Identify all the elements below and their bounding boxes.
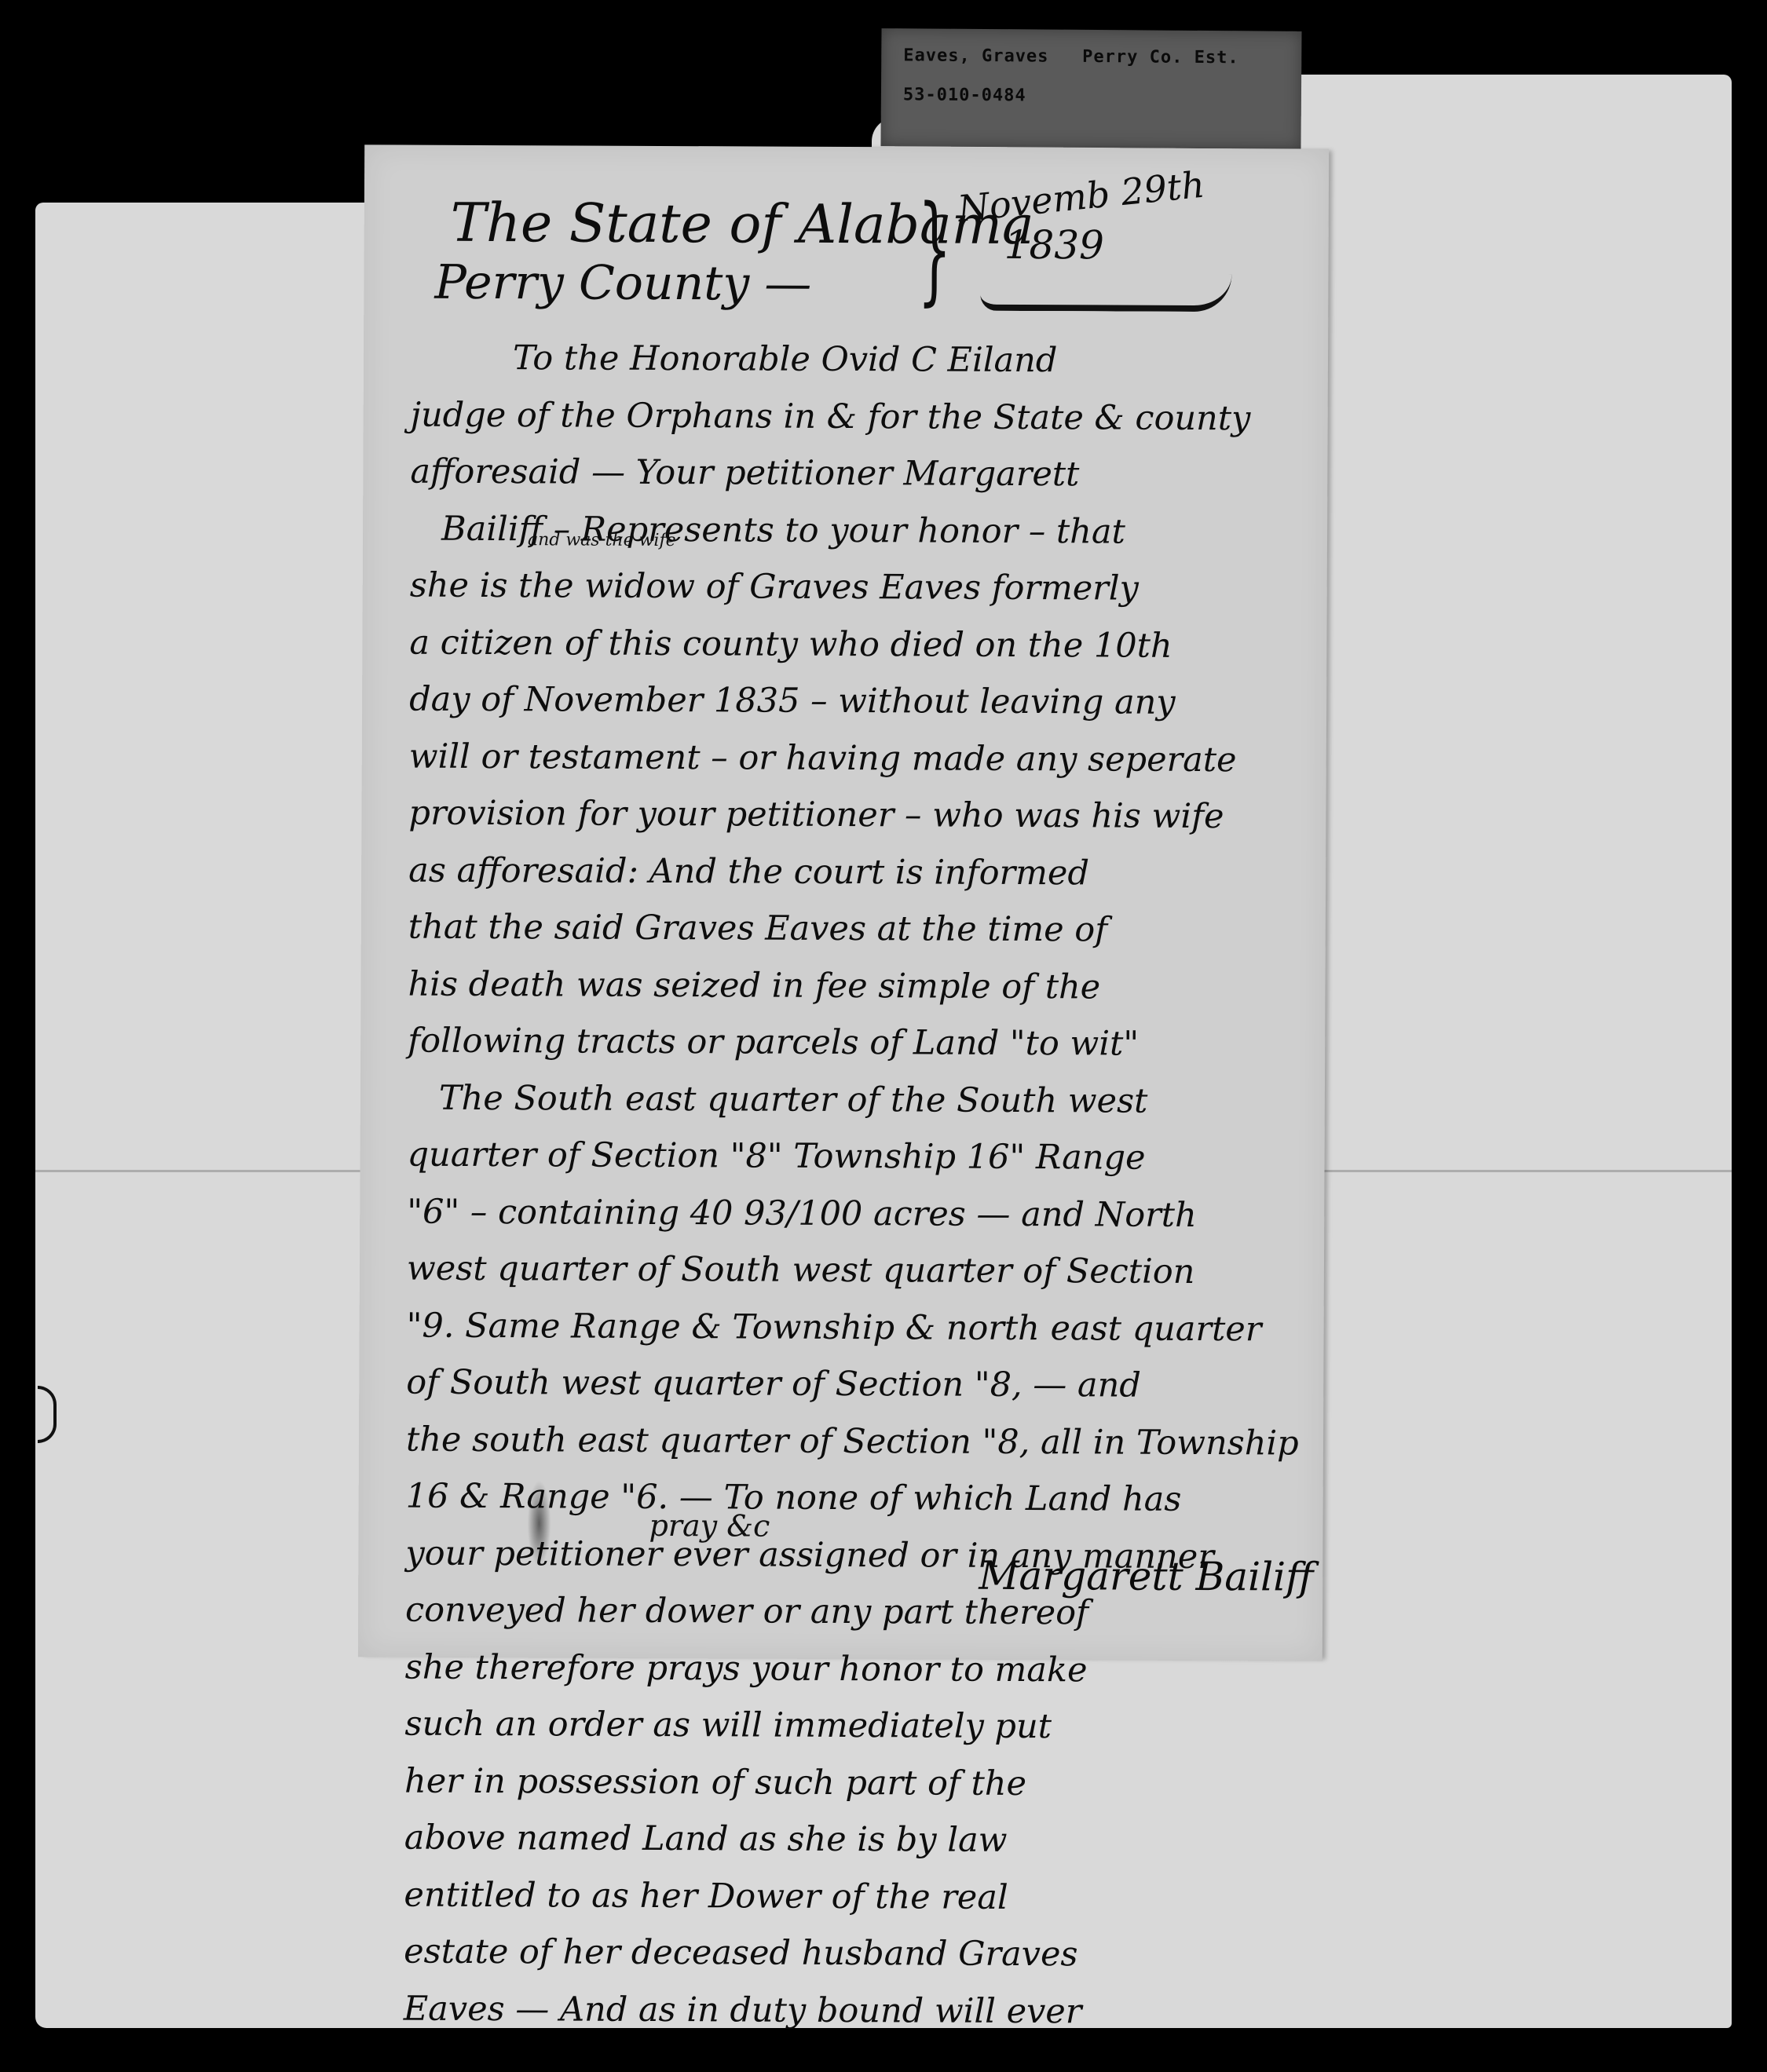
text-line: afforesaid — Your petitioner Margarett [410, 444, 1282, 504]
petition-body: To the Honorable Ovid C Eiland judge of … [404, 330, 1282, 2041]
text-line: will or testament – or having made any s… [409, 728, 1281, 788]
text-line: following tracts or parcels of Land "to … [408, 1013, 1279, 1073]
date-year: 1839 [1004, 222, 1105, 269]
text-line: of South west quarter of Section "8, — a… [406, 1354, 1278, 1415]
text-line: as afforesaid: And the court is informed [408, 842, 1280, 902]
text-line: west quarter of South west quarter of Se… [407, 1241, 1279, 1301]
text-line: she therefore prays your honor to make [405, 1639, 1277, 1699]
heading-brace: } [917, 190, 952, 308]
text-line: the south east quarter of Section "8, al… [406, 1411, 1278, 1471]
text-line: day of November 1835 – without leaving a… [409, 671, 1281, 732]
text-line: such an order as will immediately put [404, 1696, 1276, 1756]
text-line: To the Honorable Ovid C Eiland [411, 330, 1282, 390]
label-id: 53-010-0484 [903, 85, 1026, 105]
text-line: her in possession of such part of the [404, 1752, 1276, 1813]
text-line: "9. Same Range & Township & north east q… [406, 1297, 1278, 1358]
text-line: Eaves — And as in duty bound will ever [404, 1980, 1275, 2041]
ink-smudge [527, 1480, 551, 1566]
text-line: estate of her deceased husband Graves [404, 1924, 1275, 1984]
heading-county: Perry County — [434, 255, 811, 312]
text-line: a citizen of this county who died on the… [409, 614, 1281, 674]
date-month-day: Novemb 29th [956, 163, 1206, 230]
text-line: judge of the Orphans in & for the State … [411, 386, 1282, 447]
text-line: "6" – containing 40 93/100 acres — and N… [407, 1183, 1279, 1244]
text-line: she is the widow of Graves Eaves formerl… [410, 557, 1282, 618]
text-line: his death was seized in fee simple of th… [408, 956, 1279, 1016]
archive-label: Eaves, Graves Perry Co. Est. 53-010-0484 [880, 28, 1301, 149]
text-line: The South east quarter of the South west [408, 1069, 1279, 1130]
label-title: Eaves, Graves Perry Co. Est. [903, 46, 1239, 68]
signature: Margarett Bailiff [979, 1553, 1313, 1600]
text-line: provision for your petitioner – who was … [408, 785, 1280, 846]
text-line: above named Land as she is by law [404, 1810, 1276, 1870]
text-line: that the said Graves Eaves at the time o… [408, 899, 1280, 959]
handwritten-petition: The State of Alabama Perry County — } No… [358, 144, 1329, 1661]
text-line: quarter of Section "8" Township 16" Rang… [407, 1127, 1279, 1187]
closing-pray: pray &c [649, 1508, 770, 1544]
text-line: entitled to as her Dower of the real [404, 1866, 1275, 1927]
text-line: Bailiff – Represents to your honor – tha… [410, 500, 1282, 561]
date-flourish [980, 273, 1231, 312]
